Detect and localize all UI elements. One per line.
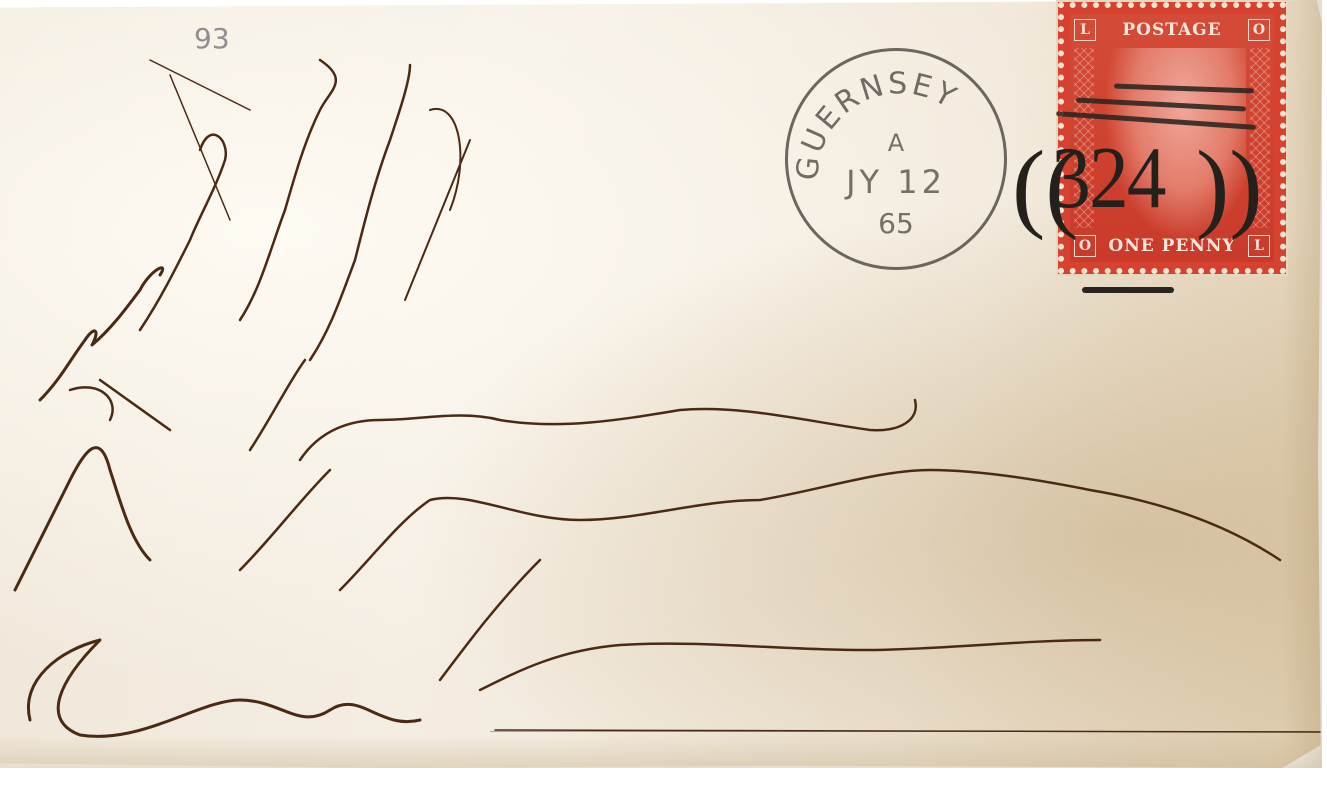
redirect-notes	[40, 60, 470, 400]
handwritten-address	[0, 0, 1327, 800]
recipient-lines	[15, 360, 1320, 736]
